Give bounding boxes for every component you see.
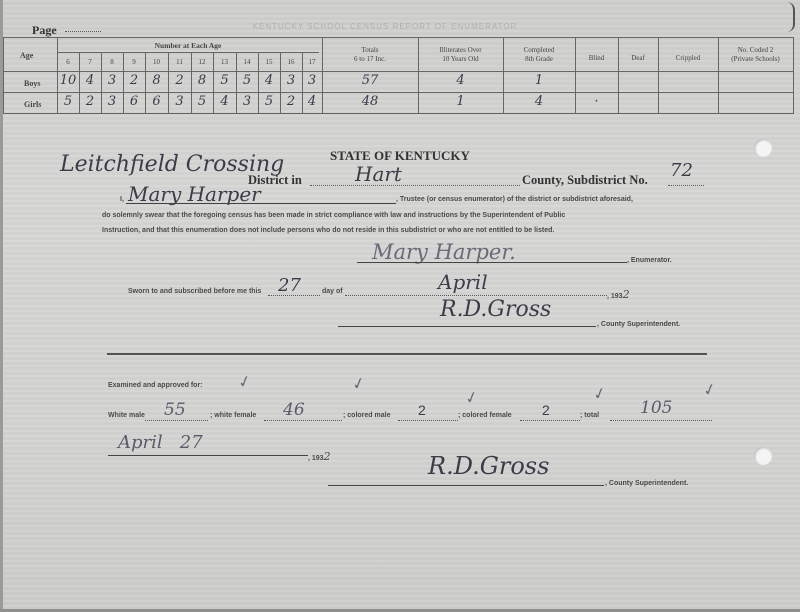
sworn-day-handwritten: 27	[278, 275, 301, 296]
section-divider	[107, 353, 707, 355]
crippled-header-line1: Crippled	[658, 54, 718, 63]
age-count-cell: 5	[57, 94, 79, 109]
age-count-cell: 5	[191, 94, 213, 109]
year-prefix: , 193	[607, 293, 623, 300]
completed-cell: 1	[503, 73, 575, 88]
illiterates-cell: 4	[418, 73, 503, 88]
year-suffix-handwritten: 2	[623, 288, 630, 301]
enumerator-signature: Mary Harper.	[372, 240, 516, 264]
page-label: Page	[32, 23, 57, 38]
age-column-header: 14	[236, 58, 258, 67]
paper-clip-icon	[787, 2, 795, 32]
age-count-cell: 2	[123, 73, 145, 88]
age-count-cell: 8	[191, 73, 213, 88]
page-number-field	[65, 31, 101, 32]
age-count-cell: 4	[258, 73, 280, 88]
totals-cell: 48	[322, 94, 418, 109]
year-prefix: , 193	[308, 455, 324, 462]
superintendent-label-2: , County Superintendent.	[605, 480, 688, 487]
age-column-header: 12	[191, 58, 213, 67]
superintendent-signature-2: R.D.Gross	[428, 452, 549, 480]
subdistrict-line	[668, 185, 704, 186]
row-label: Boys	[24, 79, 40, 88]
oath-body-line-2: do solemnly swear that the foregoing cen…	[102, 212, 565, 219]
white-female-label: ; white female	[210, 412, 256, 419]
age-column-header: 9	[123, 58, 145, 67]
age-header: Age	[20, 51, 33, 60]
row-label: Girls	[24, 100, 41, 109]
age-count-cell: 4	[302, 94, 322, 109]
superintendent-label-1: , County Superintendent.	[597, 321, 680, 328]
age-column-header: 11	[168, 58, 191, 67]
age-column-header: 6	[57, 58, 79, 67]
age-count-cell: 5	[236, 73, 258, 88]
age-count-cell: 3	[101, 94, 123, 109]
age-count-cell: 3	[236, 94, 258, 109]
age-column-header: 16	[280, 58, 302, 67]
age-column-header: 13	[213, 58, 236, 67]
colored-male-line	[398, 420, 458, 421]
white-male-label: White male	[108, 412, 145, 419]
age-count-cell: 2	[280, 94, 302, 109]
row-divider	[3, 92, 794, 93]
table-column-border	[793, 37, 794, 113]
illiterates-header-line1: Illiterates Over	[418, 46, 503, 55]
superintendent-signature-line-2	[328, 485, 604, 486]
white-male-line	[145, 420, 208, 421]
white-male-value: 55	[164, 400, 186, 420]
colored-male-value: 2	[418, 402, 426, 418]
examined-label: Examined and approved for:	[108, 382, 203, 389]
completed-header-line1: Completed	[503, 46, 575, 55]
year-suffix-handwritten: 2	[324, 450, 331, 463]
colored-female-label: ; colored female	[458, 412, 512, 419]
total-line	[610, 420, 712, 421]
age-count-cell: 8	[145, 73, 168, 88]
coded2-header-line2: (Private Schools)	[718, 55, 793, 64]
age-column-header: 7	[79, 58, 101, 67]
completed-header-line2: 8th Grade	[503, 55, 575, 64]
superintendent-signature-1: R.D.Gross	[440, 297, 551, 322]
approval-date-handwritten: April 27	[118, 432, 203, 453]
age-count-cell: 6	[123, 94, 145, 109]
age-count-cell: 3	[168, 94, 191, 109]
age-count-cell: 10	[57, 73, 79, 88]
age-count-cell: 5	[213, 73, 236, 88]
white-female-line	[264, 420, 342, 421]
totals-header-line1: Totals	[322, 46, 418, 55]
enumerator-name-line	[126, 203, 396, 204]
number-at-each-age-header: Number at Each Age	[57, 41, 319, 50]
colored-male-label: ; colored male	[343, 412, 390, 419]
table-top-border	[3, 37, 794, 38]
total-value: 105	[640, 398, 672, 418]
age-count-cell: 2	[168, 73, 191, 88]
blind-cell: ·	[575, 94, 618, 109]
table-bottom-border	[3, 113, 794, 114]
age-count-cell: 4	[79, 73, 101, 88]
total-label: ; total	[580, 412, 599, 419]
age-count-cell: 3	[101, 73, 123, 88]
age-count-cell: 5	[258, 94, 280, 109]
age-count-cell: 2	[79, 94, 101, 109]
trustee-text: , Trustee (or census enumerator) of the …	[396, 196, 633, 203]
age-column-header: 8	[101, 58, 123, 67]
deaf-header-line1: Deaf	[618, 54, 658, 63]
enumerator-signature-line	[357, 262, 627, 263]
table-column-border	[618, 37, 619, 113]
approval-year: , 1932	[308, 450, 331, 463]
oath-body-line-3: Instruction, and that this enumeration d…	[102, 227, 554, 234]
hole-punch-top	[754, 139, 772, 157]
table-left-border	[3, 37, 4, 113]
superintendent-signature-line-1	[338, 326, 596, 327]
subdistrict-number-handwritten: 72	[670, 160, 693, 181]
age-column-header: 10	[145, 58, 168, 67]
age-count-cell: 3	[302, 73, 322, 88]
age-column-header: 15	[258, 58, 280, 67]
illiterates-header-line2: 10 Years Old	[418, 55, 503, 64]
table-column-border	[658, 37, 659, 113]
county-line	[310, 185, 520, 186]
age-count-cell: 3	[280, 73, 302, 88]
completed-cell: 4	[503, 94, 575, 109]
day-of-label: day of	[322, 288, 343, 295]
colored-female-value: 2	[542, 402, 550, 418]
totals-cell: 57	[322, 73, 418, 88]
age-count-cell: 6	[145, 94, 168, 109]
enumerator-label: , Enumerator.	[627, 257, 672, 264]
header-bottom-border	[3, 71, 794, 72]
age-count-cell: 4	[213, 94, 236, 109]
colored-female-line	[520, 420, 580, 421]
blind-header-line1: Blind	[575, 54, 618, 63]
county-name-handwritten: Hart	[355, 162, 402, 186]
approval-date-line	[108, 455, 308, 456]
totals-header-line2: 6 to 17 Inc.	[322, 55, 418, 64]
age-column-header: 17	[302, 58, 322, 67]
sworn-year-prefix: , 1932	[607, 288, 630, 301]
county-subdistrict-label: County, Subdistrict No.	[522, 173, 648, 188]
white-female-value: 46	[283, 400, 305, 420]
faint-bleedthrough-header: KENTUCKY SCHOOL CENSUS REPORT OF ENUMERA…	[190, 22, 580, 32]
hole-punch-bottom	[754, 447, 772, 465]
sworn-label: Sworn to and subscribed before me this	[128, 288, 261, 295]
enumerator-prefix: I,	[120, 196, 124, 203]
illiterates-cell: 1	[418, 94, 503, 109]
sworn-month-handwritten: April	[438, 270, 488, 294]
coded2-header-line1: No. Coded 2	[718, 46, 793, 55]
sworn-month-line	[345, 295, 607, 296]
